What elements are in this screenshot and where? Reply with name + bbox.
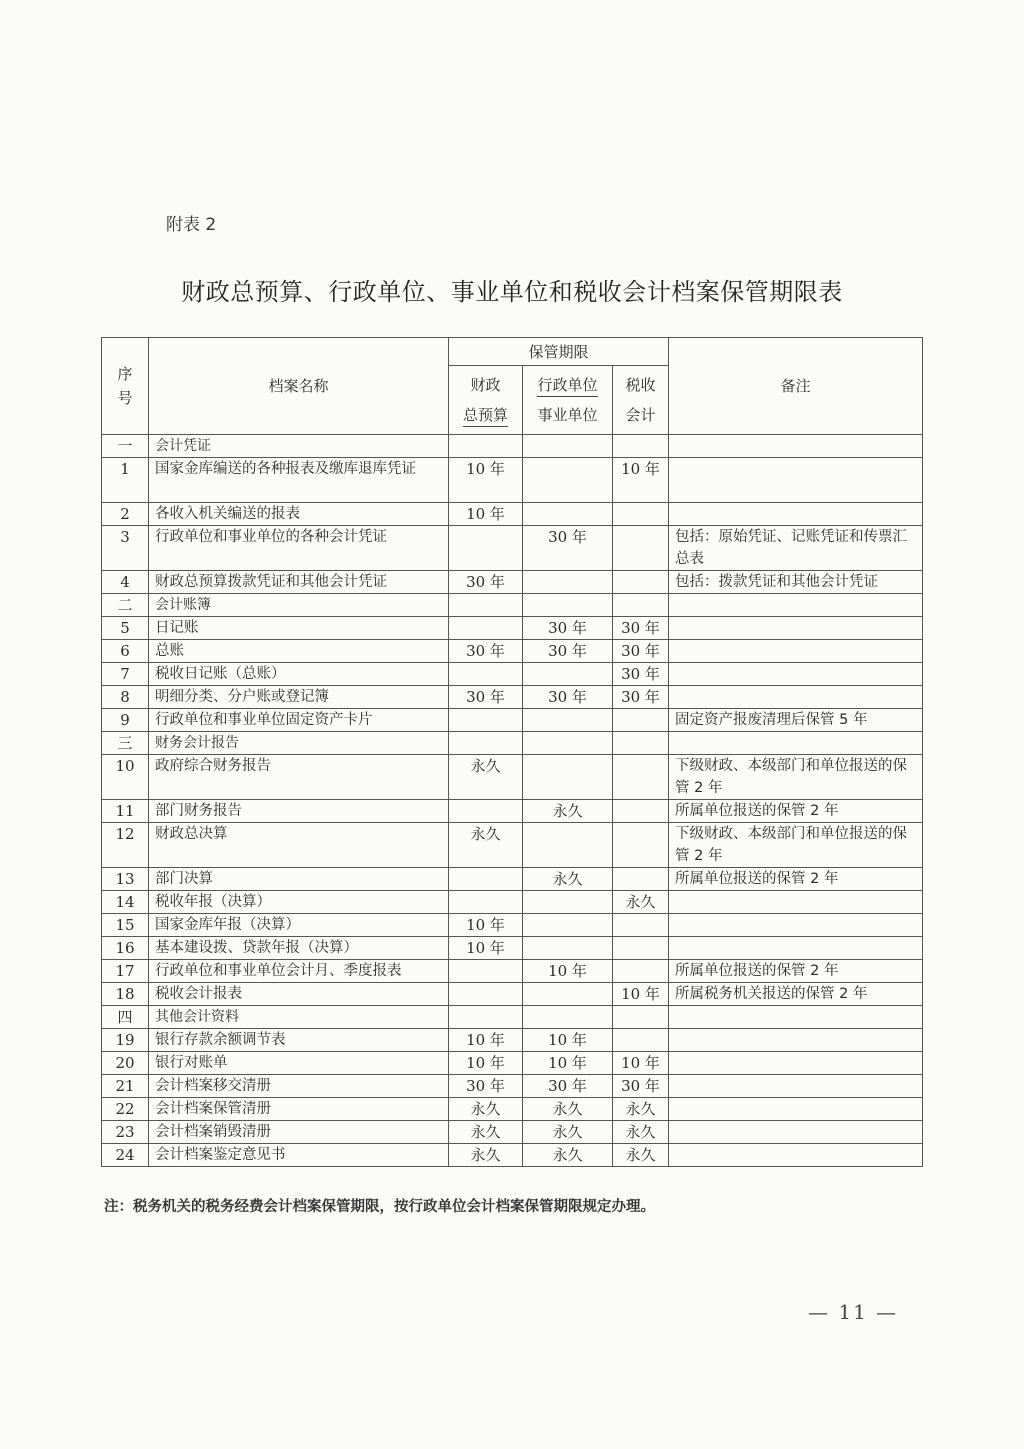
admin-institution-cell: 永久 [523, 1121, 613, 1144]
remark-cell [669, 663, 923, 686]
tax-accounting-cell: 30 年 [613, 686, 669, 709]
finance-budget-cell: 永久 [449, 823, 523, 868]
archive-name-cell: 各收入机关编送的报表 [149, 503, 449, 526]
header-admin-line2: 事业单位 [537, 406, 597, 424]
header-tax-line1: 税收 [626, 376, 656, 394]
archive-name-cell: 会计档案保管清册 [149, 1098, 449, 1121]
archive-name-cell: 会计档案销毁清册 [149, 1121, 449, 1144]
serial-no-cell: 9 [102, 709, 149, 732]
table-row: 15国家金库年报（决算）10 年 [102, 914, 923, 937]
header-remark: 备注 [669, 338, 923, 435]
table-row: 2各收入机关编送的报表10 年 [102, 503, 923, 526]
remark-cell: 下级财政、本级部门和单位报送的保管 2 年 [669, 823, 923, 868]
admin-institution-cell: 30 年 [523, 1075, 613, 1098]
finance-budget-cell [449, 709, 523, 732]
tax-accounting-cell: 10 年 [613, 1052, 669, 1075]
finance-budget-cell: 10 年 [449, 1029, 523, 1052]
attachment-label: 附表 2 [166, 210, 216, 235]
retention-period-table: 序号 档案名称 保管期限 备注 财政 总预算 行政单位 事业单位 税收 会计 一… [101, 337, 923, 1167]
finance-budget-cell: 10 年 [449, 458, 523, 503]
section-row: 四其他会计资料 [102, 1006, 923, 1029]
tax-accounting-cell [613, 1006, 669, 1029]
table-row: 18税收会计报表10 年所属税务机关报送的保管 2 年 [102, 983, 923, 1006]
serial-no-cell: 一 [102, 435, 149, 458]
archive-name-cell: 会计账簿 [149, 594, 449, 617]
admin-institution-cell: 永久 [523, 868, 613, 891]
serial-no-cell: 12 [102, 823, 149, 868]
serial-no-cell: 二 [102, 594, 149, 617]
remark-cell [669, 1121, 923, 1144]
header-archive-name: 档案名称 [149, 338, 449, 435]
table-row: 23会计档案销毁清册永久永久永久 [102, 1121, 923, 1144]
finance-budget-cell [449, 663, 523, 686]
serial-no-cell: 18 [102, 983, 149, 1006]
remark-cell [669, 594, 923, 617]
remark-cell [669, 503, 923, 526]
table-row: 12财政总决算永久下级财政、本级部门和单位报送的保管 2 年 [102, 823, 923, 868]
tax-accounting-cell [613, 755, 669, 800]
finance-budget-cell: 10 年 [449, 503, 523, 526]
serial-no-cell: 3 [102, 526, 149, 571]
serial-no-cell: 23 [102, 1121, 149, 1144]
archive-name-cell: 会计凭证 [149, 435, 449, 458]
tax-accounting-cell [613, 732, 669, 755]
admin-institution-cell [523, 571, 613, 594]
finance-budget-cell [449, 960, 523, 983]
serial-no-cell: 11 [102, 800, 149, 823]
admin-institution-cell [523, 435, 613, 458]
admin-institution-cell: 10 年 [523, 1052, 613, 1075]
finance-budget-cell [449, 1006, 523, 1029]
tax-accounting-cell: 30 年 [613, 663, 669, 686]
header-serial-no-text: 序号 [117, 362, 133, 410]
serial-no-cell: 四 [102, 1006, 149, 1029]
serial-no-cell: 22 [102, 1098, 149, 1121]
admin-institution-cell: 30 年 [523, 686, 613, 709]
tax-accounting-cell [613, 914, 669, 937]
table-row: 20银行对账单10 年10 年10 年 [102, 1052, 923, 1075]
archive-name-cell: 税收会计报表 [149, 983, 449, 1006]
remark-cell [669, 458, 923, 503]
admin-institution-cell: 30 年 [523, 617, 613, 640]
header-finance-line2: 总预算 [463, 406, 508, 427]
section-row: 三财务会计报告 [102, 732, 923, 755]
serial-no-cell: 三 [102, 732, 149, 755]
finance-budget-cell: 30 年 [449, 571, 523, 594]
serial-no-cell: 13 [102, 868, 149, 891]
archive-name-cell: 银行存款余额调节表 [149, 1029, 449, 1052]
table-row: 5日记账30 年30 年 [102, 617, 923, 640]
remark-cell [669, 1098, 923, 1121]
tax-accounting-cell: 30 年 [613, 1075, 669, 1098]
tax-accounting-cell: 永久 [613, 891, 669, 914]
finance-budget-cell: 永久 [449, 1098, 523, 1121]
table-row: 8明细分类、分户账或登记簿30 年30 年30 年 [102, 686, 923, 709]
finance-budget-cell: 30 年 [449, 640, 523, 663]
table-row: 3行政单位和事业单位的各种会计凭证30 年包括：原始凭证、记账凭证和传票汇总表 [102, 526, 923, 571]
finance-budget-cell: 30 年 [449, 686, 523, 709]
admin-institution-cell [523, 503, 613, 526]
tax-accounting-cell [613, 868, 669, 891]
tax-accounting-cell: 30 年 [613, 640, 669, 663]
finance-budget-cell [449, 868, 523, 891]
table-row: 22会计档案保管清册永久永久永久 [102, 1098, 923, 1121]
tax-accounting-cell: 10 年 [613, 983, 669, 1006]
finance-budget-cell: 10 年 [449, 914, 523, 937]
table-row: 9行政单位和事业单位固定资产卡片固定资产报废清理后保管 5 年 [102, 709, 923, 732]
remark-cell [669, 937, 923, 960]
serial-no-cell: 2 [102, 503, 149, 526]
finance-budget-cell [449, 983, 523, 1006]
section-row: 二会计账簿 [102, 594, 923, 617]
admin-institution-cell [523, 594, 613, 617]
admin-institution-cell: 30 年 [523, 640, 613, 663]
archive-name-cell: 行政单位和事业单位的各种会计凭证 [149, 526, 449, 571]
header-tax-line2: 会计 [626, 406, 656, 424]
finance-budget-cell: 10 年 [449, 937, 523, 960]
tax-accounting-cell [613, 503, 669, 526]
admin-institution-cell [523, 709, 613, 732]
admin-institution-cell [523, 937, 613, 960]
serial-no-cell: 20 [102, 1052, 149, 1075]
header-serial-no: 序号 [102, 338, 149, 435]
admin-institution-cell [523, 1006, 613, 1029]
archive-name-cell: 明细分类、分户账或登记簿 [149, 686, 449, 709]
serial-no-cell: 7 [102, 663, 149, 686]
archive-name-cell: 部门决算 [149, 868, 449, 891]
serial-no-cell: 24 [102, 1144, 149, 1167]
finance-budget-cell [449, 800, 523, 823]
archive-name-cell: 会计档案鉴定意见书 [149, 1144, 449, 1167]
header-retention-period: 保管期限 [449, 338, 669, 366]
archive-name-cell: 总账 [149, 640, 449, 663]
remark-cell [669, 435, 923, 458]
table-body: 一会计凭证1国家金库编送的各种报表及缴库退库凭证10 年10 年2各收入机关编送… [102, 435, 923, 1167]
serial-no-cell: 14 [102, 891, 149, 914]
table-row: 1国家金库编送的各种报表及缴库退库凭证10 年10 年 [102, 458, 923, 503]
admin-institution-cell [523, 732, 613, 755]
tax-accounting-cell [613, 823, 669, 868]
admin-institution-cell: 10 年 [523, 960, 613, 983]
remark-cell: 所属税务机关报送的保管 2 年 [669, 983, 923, 1006]
table-row: 19银行存款余额调节表10 年10 年 [102, 1029, 923, 1052]
admin-institution-cell [523, 663, 613, 686]
archive-name-cell: 财政总决算 [149, 823, 449, 868]
remark-cell: 包括：原始凭证、记账凭证和传票汇总表 [669, 526, 923, 571]
archive-name-cell: 财政总预算拨款凭证和其他会计凭证 [149, 571, 449, 594]
remark-cell [669, 732, 923, 755]
table-row: 13部门决算永久所属单位报送的保管 2 年 [102, 868, 923, 891]
archive-name-cell: 会计档案移交清册 [149, 1075, 449, 1098]
remark-cell [669, 686, 923, 709]
tax-accounting-cell: 永久 [613, 1098, 669, 1121]
page-number: — 11 — [808, 1300, 898, 1324]
section-row: 一会计凭证 [102, 435, 923, 458]
header-finance-line1: 财政 [470, 376, 500, 394]
archive-name-cell: 日记账 [149, 617, 449, 640]
archive-name-cell: 行政单位和事业单位会计月、季度报表 [149, 960, 449, 983]
serial-no-cell: 6 [102, 640, 149, 663]
tax-accounting-cell [613, 709, 669, 732]
table-row: 14税收年报（决算）永久 [102, 891, 923, 914]
table-row: 6总账30 年30 年30 年 [102, 640, 923, 663]
admin-institution-cell: 10 年 [523, 1029, 613, 1052]
header-tax-accounting: 税收 会计 [613, 366, 669, 435]
finance-budget-cell: 永久 [449, 1144, 523, 1167]
remark-cell: 包括：拨款凭证和其他会计凭证 [669, 571, 923, 594]
serial-no-cell: 10 [102, 755, 149, 800]
finance-budget-cell [449, 732, 523, 755]
archive-name-cell: 国家金库编送的各种报表及缴库退库凭证 [149, 458, 449, 503]
remark-cell: 下级财政、本级部门和单位报送的保管 2 年 [669, 755, 923, 800]
serial-no-cell: 1 [102, 458, 149, 503]
table-row: 11部门财务报告永久所属单位报送的保管 2 年 [102, 800, 923, 823]
admin-institution-cell [523, 891, 613, 914]
header-admin-institution: 行政单位 事业单位 [523, 366, 613, 435]
header-finance-budget: 财政 总预算 [449, 366, 523, 435]
finance-budget-cell: 30 年 [449, 1075, 523, 1098]
remark-cell [669, 1029, 923, 1052]
remark-cell: 所属单位报送的保管 2 年 [669, 800, 923, 823]
remark-cell [669, 914, 923, 937]
archive-name-cell: 基本建设拨、贷款年报（决算） [149, 937, 449, 960]
tax-accounting-cell [613, 960, 669, 983]
admin-institution-cell: 永久 [523, 1098, 613, 1121]
remark-cell: 固定资产报废清理后保管 5 年 [669, 709, 923, 732]
archive-name-cell: 国家金库年报（决算） [149, 914, 449, 937]
table-row: 7税收日记账（总账）30 年 [102, 663, 923, 686]
finance-budget-cell [449, 526, 523, 571]
remark-cell [669, 1006, 923, 1029]
tax-accounting-cell [613, 1029, 669, 1052]
serial-no-cell: 17 [102, 960, 149, 983]
admin-institution-cell: 永久 [523, 800, 613, 823]
table-row: 16基本建设拨、贷款年报（决算）10 年 [102, 937, 923, 960]
archive-name-cell: 政府综合财务报告 [149, 755, 449, 800]
tax-accounting-cell [613, 594, 669, 617]
table-row: 24会计档案鉴定意见书永久永久永久 [102, 1144, 923, 1167]
tax-accounting-cell: 永久 [613, 1121, 669, 1144]
remark-cell: 所属单位报送的保管 2 年 [669, 868, 923, 891]
admin-institution-cell [523, 458, 613, 503]
serial-no-cell: 21 [102, 1075, 149, 1098]
admin-institution-cell [523, 914, 613, 937]
archive-name-cell: 行政单位和事业单位固定资产卡片 [149, 709, 449, 732]
tax-accounting-cell [613, 435, 669, 458]
header-admin-line1: 行政单位 [537, 376, 597, 397]
finance-budget-cell [449, 594, 523, 617]
archive-name-cell: 银行对账单 [149, 1052, 449, 1075]
admin-institution-cell [523, 755, 613, 800]
remark-cell [669, 1052, 923, 1075]
serial-no-cell: 19 [102, 1029, 149, 1052]
admin-institution-cell: 永久 [523, 1144, 613, 1167]
tax-accounting-cell: 30 年 [613, 617, 669, 640]
archive-name-cell: 税收日记账（总账） [149, 663, 449, 686]
remark-cell [669, 891, 923, 914]
admin-institution-cell: 30 年 [523, 526, 613, 571]
finance-budget-cell: 10 年 [449, 1052, 523, 1075]
table-row: 4财政总预算拨款凭证和其他会计凭证30 年包括：拨款凭证和其他会计凭证 [102, 571, 923, 594]
finance-budget-cell [449, 435, 523, 458]
serial-no-cell: 8 [102, 686, 149, 709]
finance-budget-cell: 永久 [449, 1121, 523, 1144]
table-row: 10政府综合财务报告永久下级财政、本级部门和单位报送的保管 2 年 [102, 755, 923, 800]
admin-institution-cell [523, 823, 613, 868]
archive-name-cell: 部门财务报告 [149, 800, 449, 823]
tax-accounting-cell [613, 571, 669, 594]
tax-accounting-cell: 永久 [613, 1144, 669, 1167]
archive-name-cell: 其他会计资料 [149, 1006, 449, 1029]
table-row: 17行政单位和事业单位会计月、季度报表10 年所属单位报送的保管 2 年 [102, 960, 923, 983]
remark-cell [669, 1075, 923, 1098]
footnote: 注：税务机关的税务经费会计档案保管期限，按行政单位会计档案保管期限规定办理。 [104, 1195, 655, 1216]
finance-budget-cell [449, 891, 523, 914]
finance-budget-cell: 永久 [449, 755, 523, 800]
remark-cell [669, 1144, 923, 1167]
document-title: 财政总预算、行政单位、事业单位和税收会计档案保管期限表 [0, 272, 1024, 307]
remark-cell [669, 640, 923, 663]
remark-cell [669, 617, 923, 640]
tax-accounting-cell [613, 937, 669, 960]
tax-accounting-cell: 10 年 [613, 458, 669, 503]
table-row: 21会计档案移交清册30 年30 年30 年 [102, 1075, 923, 1098]
serial-no-cell: 4 [102, 571, 149, 594]
serial-no-cell: 15 [102, 914, 149, 937]
archive-name-cell: 税收年报（决算） [149, 891, 449, 914]
serial-no-cell: 5 [102, 617, 149, 640]
tax-accounting-cell [613, 526, 669, 571]
archive-name-cell: 财务会计报告 [149, 732, 449, 755]
finance-budget-cell [449, 617, 523, 640]
tax-accounting-cell [613, 800, 669, 823]
admin-institution-cell [523, 983, 613, 1006]
remark-cell: 所属单位报送的保管 2 年 [669, 960, 923, 983]
serial-no-cell: 16 [102, 937, 149, 960]
